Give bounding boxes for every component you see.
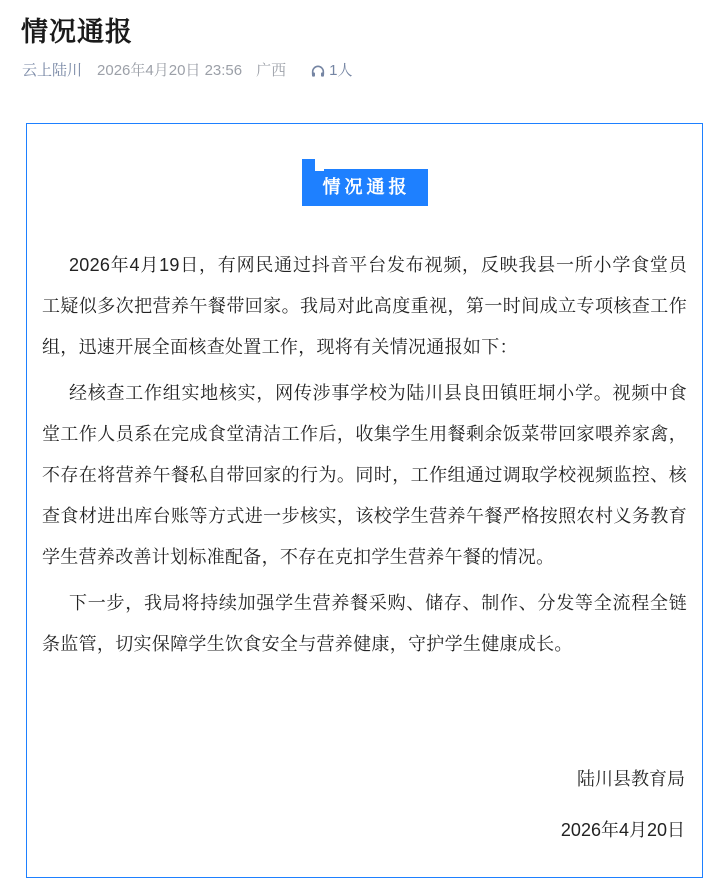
signature-block: 陆川县教育局 2026年4月20日: [42, 768, 687, 841]
publish-datetime: 2026年4月20日 23:56: [97, 61, 242, 81]
notice-paragraph-2: 经核查工作组实地核实，网传涉事学校为陆川县良田镇旺垌小学。视频中食堂工作人员系在…: [42, 373, 687, 578]
article-page: 情况通报 云上陆川 2026年4月20日 23:56 广西 1人 情况通报 20…: [0, 0, 723, 892]
article-meta: 云上陆川 2026年4月20日 23:56 广西 1人: [22, 61, 723, 81]
notice-card: 情况通报 2026年4月19日，有网民通过抖音平台发布视频，反映我县一所小学食堂…: [26, 123, 703, 878]
listen-count-button[interactable]: 1人: [310, 61, 352, 81]
page-title: 情况通报: [21, 16, 723, 48]
signature-org: 陆川县教育局: [42, 768, 685, 790]
notice-paragraph-1: 2026年4月19日，有网民通过抖音平台发布视频，反映我县一所小学食堂员工疑似多…: [42, 245, 687, 368]
notice-body: 2026年4月19日，有网民通过抖音平台发布视频，反映我县一所小学食堂员工疑似多…: [42, 245, 687, 665]
listen-count-label: 1人: [329, 61, 352, 81]
publish-location: 广西: [256, 61, 286, 81]
notice-paragraph-3: 下一步，我局将持续加强学生营养餐采购、储存、制作、分发等全流程全链条监管，切实保…: [42, 583, 687, 665]
badge-row: 情况通报: [42, 169, 687, 206]
headphone-icon: [310, 63, 326, 79]
notice-badge: 情况通报: [302, 169, 428, 206]
publisher-link[interactable]: 云上陆川: [22, 61, 82, 81]
signature-date: 2026年4月20日: [42, 819, 685, 841]
